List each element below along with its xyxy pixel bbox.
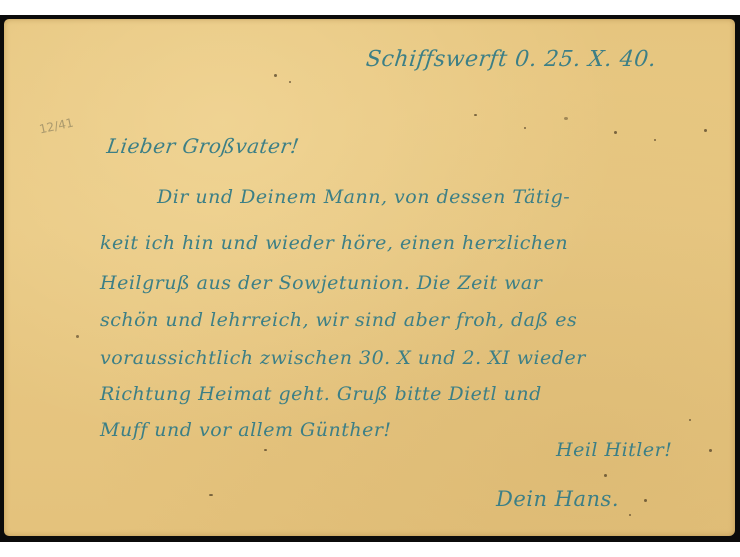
stain-speck — [689, 419, 691, 421]
stain-speck — [629, 514, 631, 516]
stain-speck — [76, 335, 79, 338]
letter-line: Heilgruß aus der Sowjetunion. Die Zeit w… — [100, 272, 542, 294]
stain-speck — [209, 494, 213, 496]
letter-line: keit ich hin und wieder höre, einen herz… — [100, 232, 568, 254]
stain-speck — [524, 127, 526, 129]
stain-speck — [264, 449, 267, 451]
stain-speck — [709, 449, 712, 452]
stain-speck — [564, 117, 568, 120]
stain-speck — [274, 74, 277, 77]
stain-speck — [644, 499, 647, 502]
letter-line: Dir und Deinem Mann, von dessen Tätig- — [157, 186, 570, 208]
letter-line: Muff und vor allem Günther! — [100, 419, 392, 441]
letter-greeting: Lieber Großvater! — [105, 134, 301, 158]
stain-speck — [289, 81, 291, 83]
letter-closing: Heil Hitler! — [556, 439, 672, 461]
stain-speck — [604, 474, 607, 477]
letter-line: schön und lehrreich, wir sind aber froh,… — [100, 309, 577, 331]
postcard: 12/41 Schiffswerft 0. 25. X. 40. Lieber … — [4, 19, 735, 536]
stain-speck — [654, 139, 656, 141]
stain-speck — [474, 114, 477, 116]
stain-speck — [704, 129, 707, 132]
place-and-date: Schiffswerft 0. 25. X. 40. — [365, 47, 658, 72]
pencil-margin-note: 12/41 — [38, 116, 75, 137]
letter-line: voraussichtlich zwischen 30. X und 2. XI… — [100, 347, 586, 369]
stain-speck — [614, 131, 617, 134]
letter-line: Richtung Heimat geht. Gruß bitte Dietl u… — [100, 383, 542, 405]
letter-signature: Dein Hans. — [496, 487, 619, 511]
